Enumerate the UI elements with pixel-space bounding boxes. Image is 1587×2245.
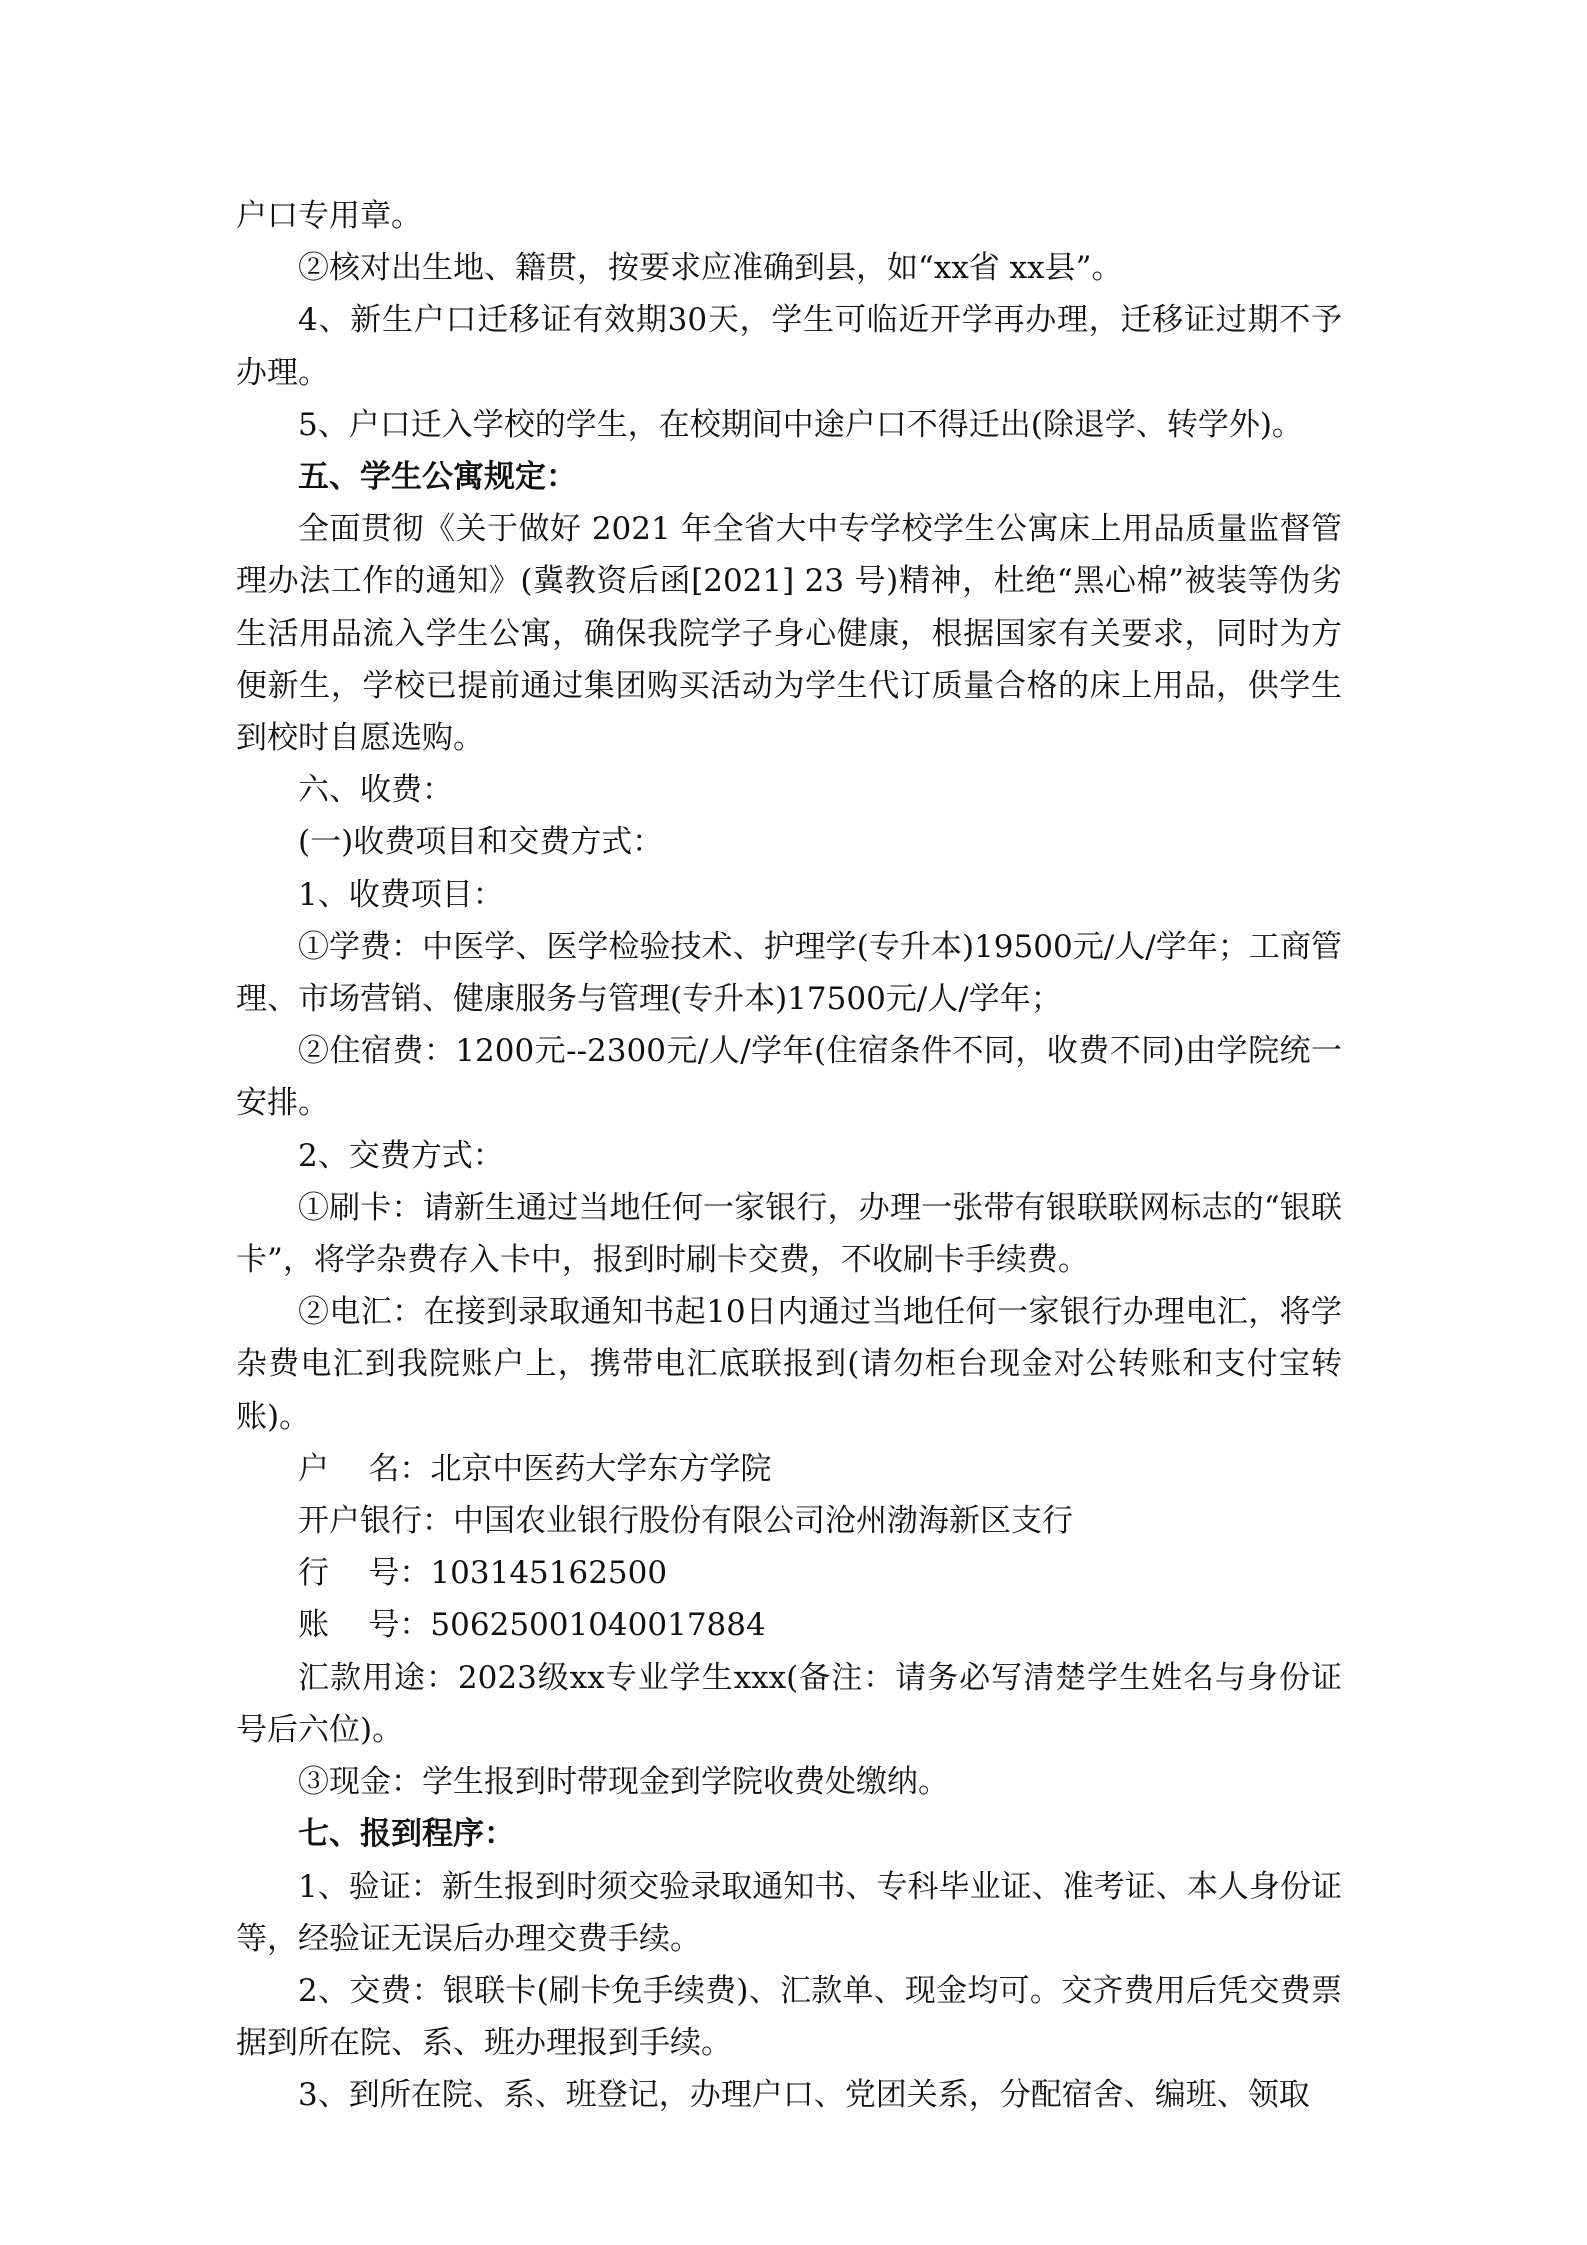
subheading-payment-methods: 2、交费方式：	[236, 1130, 1342, 1182]
bank-value: 中国农业银行股份有限公司沧州渤海新区支行	[453, 1503, 1073, 1539]
section-heading-dormitory: 五、学生公寓规定：	[236, 451, 1342, 503]
paragraph-dormitory-rules: 全面贯彻《关于做好 2021 年全省大中专学校学生公寓床上用品质量监督管理办法工…	[236, 503, 1342, 764]
account-number-row: 账 号：50625001040017884	[236, 1599, 1342, 1651]
bank-code-value: 103145162500	[430, 1555, 667, 1591]
paragraph-tuition: ①学费：中医学、医学检验技术、护理学(专升本)19500元/人/学年；工商管理、…	[236, 921, 1342, 1025]
paragraph-card-payment: ①刷卡：请新生通过当地任何一家银行，办理一张带有银联联网标志的“银联卡”，将学杂…	[236, 1182, 1342, 1286]
paragraph-hukou-no-moveout: 5、户口迁入学校的学生，在校期间中途户口不得迁出(除退学、转学外)。	[236, 399, 1342, 451]
bank-account-name-row: 户 名：北京中医药大学东方学院	[236, 1443, 1342, 1495]
subheading-fee-items-methods: (一)收费项目和交费方式：	[236, 816, 1342, 868]
document-page: 户口专用章。 ②核对出生地、籍贯，按要求应准确到县，如“xx省 xx县”。 4、…	[236, 190, 1342, 2122]
bank-code-row: 行 号：103145162500	[236, 1547, 1342, 1599]
paragraph-cash-payment: ③现金：学生报到时带现金到学院收费处缴纳。	[236, 1756, 1342, 1808]
paragraph-accommodation-fee: ②住宿费：1200元--2300元/人/学年(住宿条件不同，收费不同)由学院统一…	[236, 1025, 1342, 1129]
bank-code-label: 行 号：	[298, 1555, 430, 1591]
paragraph-payment-step: 2、交费：银联卡(刷卡免手续费)、汇款单、现金均可。交齐费用后凭交费票据到所在院…	[236, 1965, 1342, 2069]
account-name-value: 北京中医药大学东方学院	[430, 1451, 771, 1487]
paragraph-wire-transfer: ②电汇：在接到录取通知书起10日内通过当地任何一家银行办理电汇，将学杂费电汇到我…	[236, 1286, 1342, 1443]
account-number-value: 50625001040017884	[430, 1607, 765, 1643]
section-heading-fees: 六、收费：	[236, 764, 1342, 816]
paragraph-verification: 1、验证：新生报到时须交验录取通知书、专科毕业证、准考证、本人身份证等，经验证无…	[236, 1861, 1342, 1965]
account-number-label: 账 号：	[298, 1607, 430, 1643]
bank-label: 开户银行：	[298, 1503, 453, 1539]
paragraph-migration-validity: 4、新生户口迁移证有效期30天，学生可临近开学再办理，迁移证过期不予办理。	[236, 294, 1342, 398]
paragraph-remittance-purpose: 汇款用途：2023级xx专业学生xxx(备注：请务必写清楚学生姓名与身份证号后六…	[236, 1652, 1342, 1756]
paragraph-hukou-seal: 户口专用章。	[236, 190, 1342, 242]
subheading-fee-items: 1、收费项目：	[236, 869, 1342, 921]
section-heading-registration: 七、报到程序：	[236, 1808, 1342, 1860]
paragraph-department-registration: 3、到所在院、系、班登记，办理户口、党团关系，分配宿舍、编班、领取	[236, 2069, 1342, 2121]
paragraph-verify-birthplace: ②核对出生地、籍贯，按要求应准确到县，如“xx省 xx县”。	[236, 242, 1342, 294]
bank-name-row: 开户银行：中国农业银行股份有限公司沧州渤海新区支行	[236, 1495, 1342, 1547]
account-name-label: 户 名：	[298, 1451, 430, 1487]
